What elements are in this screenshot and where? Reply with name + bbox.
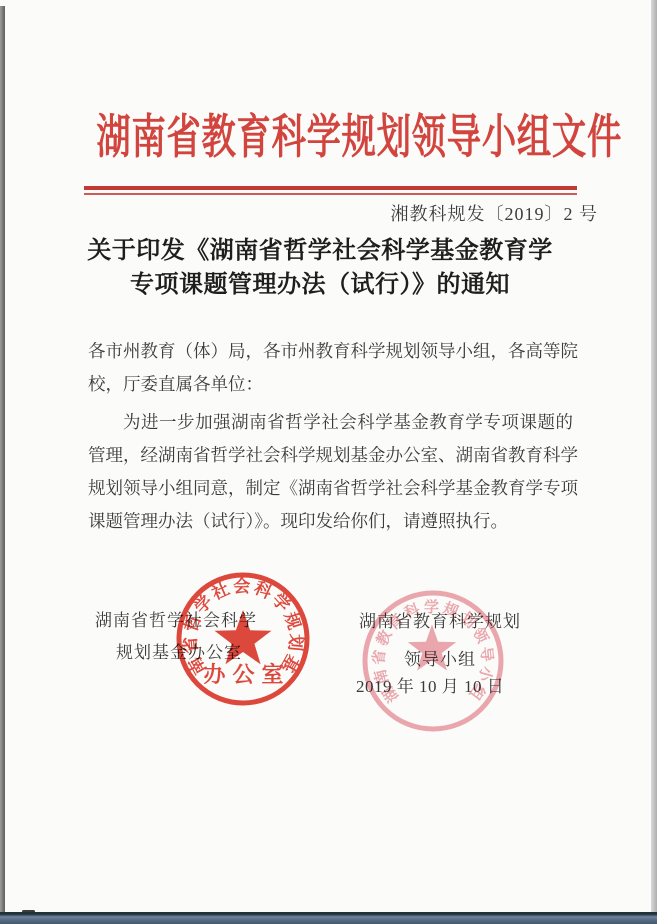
letterhead-rule-thin	[84, 193, 577, 195]
document-number: 湘教科规发〔2019〕2 号	[391, 200, 599, 226]
body-line: 课题管理办法（试行）》。现印发给你们，请遵照执行。	[88, 508, 573, 541]
body-line: 管理，经湖南省哲学社会科学规划基金办公室、湖南省教育科学	[88, 442, 573, 475]
official-seal-right: 湖南省教育科学规划领导小组	[348, 576, 518, 746]
scan-edge-right	[651, 0, 657, 913]
scan-edge-bottom	[0, 912, 657, 924]
letterhead-rule-thick	[84, 186, 577, 190]
official-seal-left: 湖南省哲学社会科学规划基金 办公室	[158, 554, 328, 724]
body-line: 各市州教育（体）局，各市州教育科学规划领导小组，各高等院	[88, 338, 573, 371]
letterhead-org-title: 湖南省教育科学规划领导小组文件	[96, 100, 563, 167]
seal-star-icon	[215, 610, 272, 664]
document-title: 关于印发《湖南省哲学社会科学基金教育学 专项课题管理办法（试行）》的通知	[0, 234, 640, 302]
seal-bottom-text: 办公室	[203, 662, 290, 687]
document-title-line2: 专项课题管理办法（试行）》的通知	[0, 268, 640, 302]
document-body: 各市州教育（体）局，各市州教育科学规划领导小组，各高等院 校，厅委直属各单位： …	[88, 338, 573, 541]
body-line: 校，厅委直属各单位：	[88, 371, 573, 404]
scanned-document-page: 湖南省教育科学规划领导小组文件 湘教科规发〔2019〕2 号 关于印发《湖南省哲…	[0, 0, 657, 924]
seal-star-icon	[408, 625, 456, 671]
document-title-line1: 关于印发《湖南省哲学社会科学基金教育学	[0, 234, 640, 268]
scan-edge-left	[0, 6, 5, 913]
body-line: 为进一步加强湖南省哲学社会科学基金教育学专项课题的	[88, 409, 573, 442]
body-line: 规划领导小组同意，制定《湖南省哲学社会科学基金教育学专项	[88, 475, 573, 508]
